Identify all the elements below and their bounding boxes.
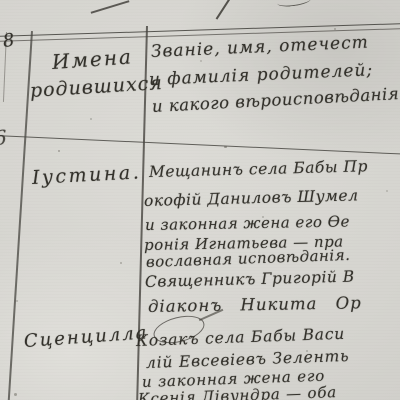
- entry-details-line: окофій Даниловъ Шумел: [144, 186, 359, 210]
- margin-number: 6: [0, 125, 8, 150]
- paper-speckle: [120, 262, 122, 264]
- entry-details-line: діаконъ Никита Ор: [148, 293, 362, 316]
- entry-name: Іустина.: [31, 161, 141, 189]
- header-details-line3: и какого вѣроисповѣданія: [152, 84, 400, 116]
- paper-speckle: [334, 28, 336, 30]
- entry-details-line: Мещанинъ села Бабы Пр: [149, 157, 368, 181]
- header-row-divider: [0, 135, 400, 155]
- cropped-handwriting-stroke: [216, 0, 231, 20]
- entry-details-line: Священникъ Григорій В: [145, 268, 355, 291]
- entry-name: Сценцилла: [23, 322, 149, 352]
- header-names-line1: Имена: [51, 44, 133, 74]
- paper-speckle: [386, 190, 388, 192]
- paper-speckle: [262, 216, 264, 218]
- header-details-line2: и фамилія родителей;: [149, 60, 374, 90]
- cropped-handwriting-stroke: [277, 0, 312, 8]
- entry-details-line: и законная жена его Ѳе: [145, 212, 350, 234]
- cropped-handwriting-stroke: [91, 0, 130, 13]
- paper-speckle: [306, 350, 308, 352]
- margin-number: 8: [2, 30, 16, 52]
- paper-speckle: [368, 96, 370, 98]
- register-page-scan: 8 6 Имена родившихся Званіе, имя, отечес…: [0, 0, 400, 400]
- paper-speckle: [224, 146, 227, 148]
- paper-speckle: [14, 393, 17, 396]
- paper-speckle: [90, 118, 92, 120]
- paper-speckle: [200, 60, 202, 62]
- header-details-line1: Званіе, имя, отечест: [151, 33, 370, 62]
- paper-speckle: [58, 150, 60, 152]
- paper-speckle: [16, 300, 18, 302]
